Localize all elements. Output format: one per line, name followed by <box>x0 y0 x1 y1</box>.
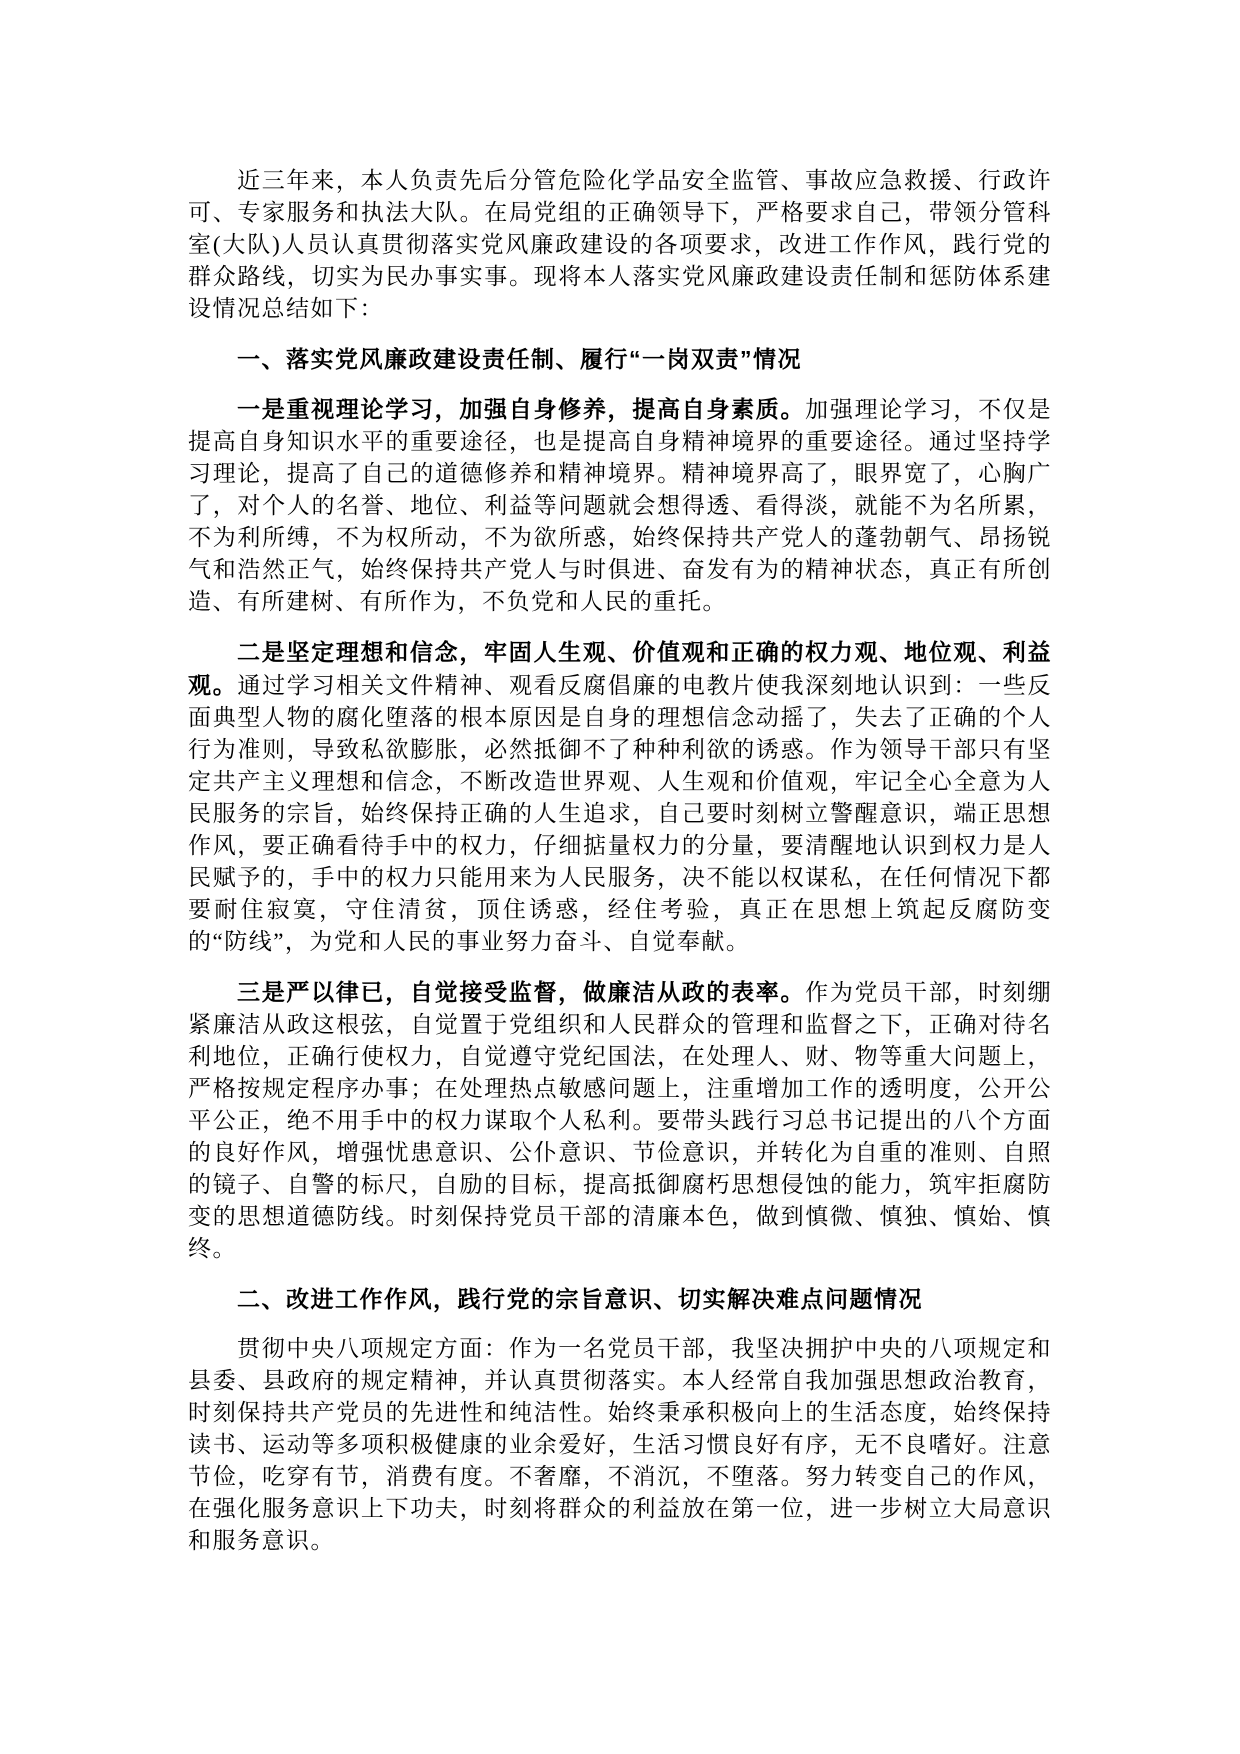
paragraph-point-1: 一是重视理论学习，加强自身修养，提高自身素质。加强理论学习，不仅是提高自身知识水… <box>188 393 1052 618</box>
section-heading-2: 二、改进工作作风，践行党的宗旨意识、切实解决难点问题情况 <box>188 1283 1052 1315</box>
document-body: 近三年来，本人负责先后分管危险化学品安全监管、事故应急救援、行政许可、专家服务和… <box>188 165 1052 1557</box>
paragraph-text: 加强理论学习，不仅是提高自身知识水平的重要途径，也是提高自身精神境界的重要途径。… <box>188 397 1052 614</box>
closing-paragraph: 贯彻中央八项规定方面：作为一名党员干部，我坚决拥护中央的八项规定和县委、县政府的… <box>188 1333 1052 1557</box>
paragraph-text: 作为党员干部，时刻绷紧廉洁从政这根弦，自觉置于党组织和人民群众的管理和监督之下，… <box>188 980 1052 1261</box>
paragraph-text: 近三年来，本人负责先后分管危险化学品安全监管、事故应急救援、行政许可、专家服务和… <box>188 168 1052 321</box>
paragraph-text: 贯彻中央八项规定方面：作为一名党员干部，我坚决拥护中央的八项规定和县委、县政府的… <box>188 1336 1052 1553</box>
paragraph-text: 通过学习相关文件精神、观看反腐倡廉的电教片使我深刻地认识到：一些反面典型人物的腐… <box>188 673 1052 954</box>
paragraph-lead: 一是重视理论学习，加强自身修养，提高自身素质。 <box>237 396 805 422</box>
paragraph-point-3: 三是严以律已，自觉接受监督，做廉洁从政的表率。作为党员干部，时刻绷紧廉洁从政这根… <box>188 976 1052 1265</box>
intro-paragraph: 近三年来，本人负责先后分管危险化学品安全监管、事故应急救援、行政许可、专家服务和… <box>188 165 1052 325</box>
document-page: 近三年来，本人负责先后分管危险化学品安全监管、事故应急救援、行政许可、专家服务和… <box>0 0 1240 1754</box>
paragraph-point-2: 二是坚定理想和信念，牢固人生观、价值观和正确的权力观、地位观、利益观。通过学习相… <box>188 636 1052 958</box>
paragraph-lead: 三是严以律已，自觉接受监督，做廉洁从政的表率。 <box>237 979 805 1005</box>
section-heading-1: 一、落实党风廉政建设责任制、履行“一岗双责”情况 <box>188 343 1052 375</box>
